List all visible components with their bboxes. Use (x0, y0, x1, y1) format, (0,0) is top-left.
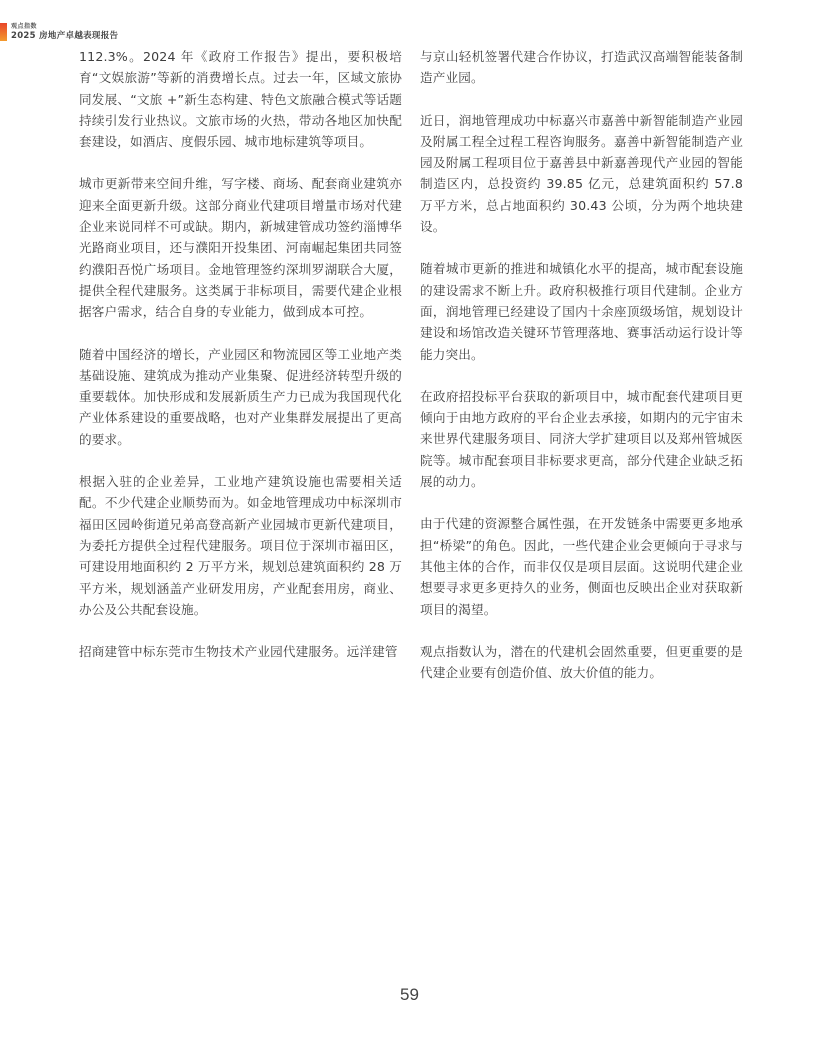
paragraph: 在政府招投标平台获取的新项目中，城市配套代建项目更倾向于由地方政府的平台企业去承… (420, 386, 743, 492)
paragraph: 随着城市更新的推进和城镇化水平的提高，城市配套设施的建设需求不断上升。政府积极推… (420, 258, 743, 364)
report-title: 2025 房地产卓越表现报告 (11, 31, 118, 41)
paragraph: 观点指数认为，潜在的代建机会固然重要，但更重要的是代建企业要有创造价值、放大价值… (420, 641, 743, 684)
paragraph: 随着中国经济的增长，产业园区和物流园区等工业地产类基础设施、建筑成为推动产业集聚… (79, 344, 402, 450)
paragraph: 与京山轻机签署代建合作协议，打造武汉高端智能装备制造产业园。 (420, 46, 743, 89)
paragraph: 近日，润地管理成功中标嘉兴市嘉善中新智能制造产业园及附属工程全过程工程咨询服务。… (420, 110, 743, 238)
brand-name: 观点指数 (11, 23, 37, 30)
paragraph: 根据入驻的企业差异，工业地产建筑设施也需要相关适配。不少代建企业顺势而为。如金地… (79, 471, 402, 620)
brand-logo-bar (0, 23, 7, 41)
right-column: 与京山轻机签署代建合作协议，打造武汉高端智能装备制造产业园。 近日，润地管理成功… (420, 46, 743, 704)
paragraph: 招商建管中标东莞市生物技术产业园代建服务。远洋建管 (79, 641, 402, 662)
page-number: 59 (0, 985, 819, 1005)
paragraph: 由于代建的资源整合属性强，在开发链条中需要更多地承担“桥梁”的角色。因此，一些代… (420, 513, 743, 619)
paragraph: 112.3%。2024 年《政府工作报告》提出，要积极培育“文娱旅游”等新的消费… (79, 46, 402, 152)
left-column: 112.3%。2024 年《政府工作报告》提出，要积极培育“文娱旅游”等新的消费… (79, 46, 402, 683)
paragraph: 城市更新带来空间升维，写字楼、商场、配套商业建筑亦迎来全面更新升级。这部分商业代… (79, 173, 402, 322)
